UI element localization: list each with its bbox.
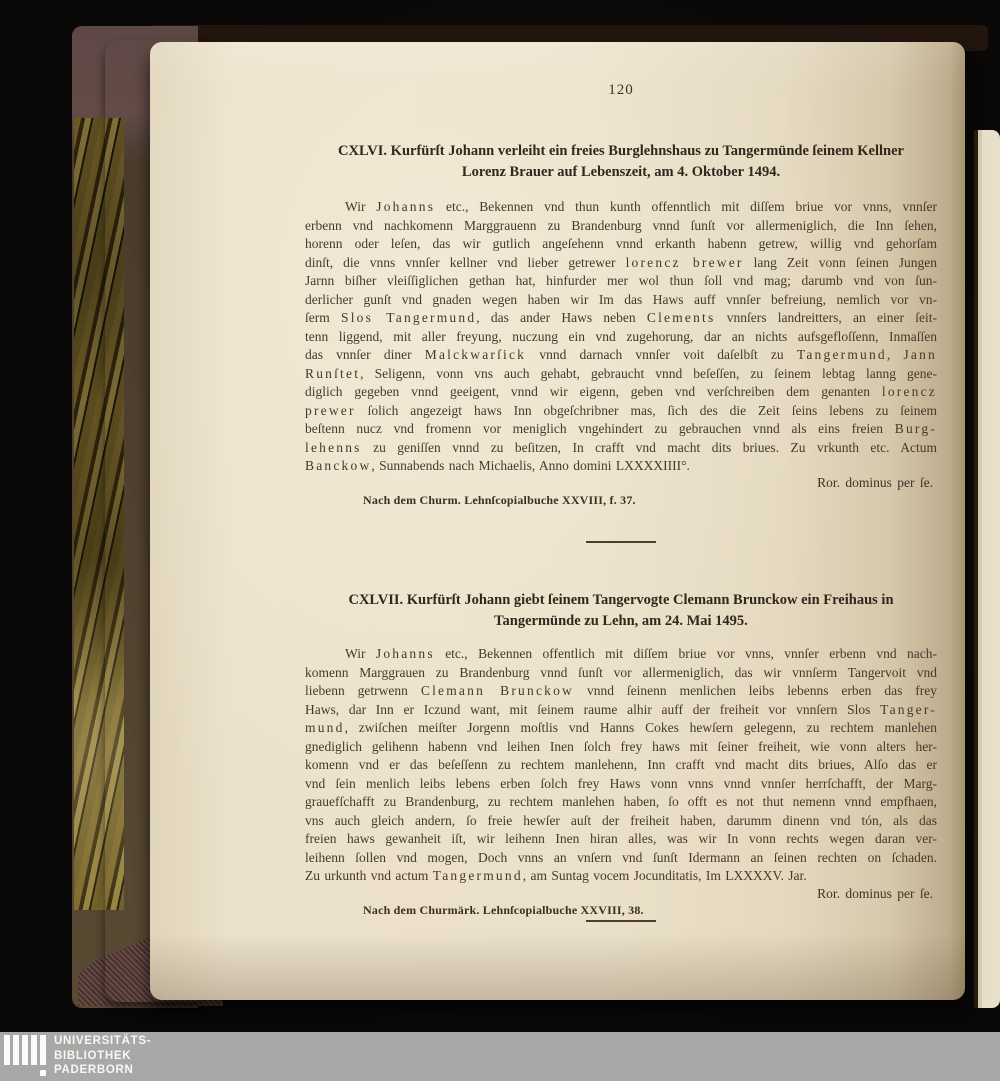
charter-1-signature: Ror. dominus per ſe. — [305, 475, 933, 491]
charter-1-heading-line-2: Lorenz Brauer auf Lebenszeit, am 4. Okto… — [305, 164, 937, 181]
charter-2-body: Wir Johanns etc., Bekennen offentlich mi… — [305, 645, 937, 886]
text-line: ſerm Slos Tangermund, das ander Haws neb… — [305, 309, 937, 328]
text-line: derlicher gunſt vnd gnaden wegen haben w… — [305, 291, 937, 310]
text-line: Runſtet, Seligenn, vonn vns auch gehabt,… — [305, 365, 937, 384]
charter-1-heading-line-1: CXLVI. Kurfürſt Johann verleiht ein frei… — [305, 143, 937, 160]
library-name-line: UNIVERSITÄTS- — [54, 1034, 151, 1049]
charter-2-source-note: Nach dem Churmärk. Lehnſcopialbuche XXVI… — [363, 903, 644, 918]
page-number: 120 — [305, 82, 937, 99]
next-page-sliver — [974, 130, 1000, 1008]
text-line: Zu urkunth vnd actum Tangermund, am Sunt… — [305, 867, 937, 886]
logo-bar — [31, 1035, 37, 1065]
logo-bar — [22, 1035, 28, 1065]
charter-2-signature: Ror. dominus per ſe. — [305, 886, 933, 902]
logo-bar — [13, 1035, 19, 1065]
library-name: UNIVERSITÄTS- BIBLIOTHEK PADERBORN — [54, 1034, 151, 1078]
text-line: erbenn vnd nachkomenn Marggrauenn zu Bra… — [305, 217, 937, 236]
logo-dot — [40, 1070, 46, 1076]
charter-2-heading-line-1: CXLVII. Kurfürſt Johann giebt ſeinem Tan… — [305, 592, 937, 609]
text-line: vnd ſein menlich leibs lebens erben ſolc… — [305, 775, 937, 794]
text-line: leihenn ſollen vnd mogen, Doch vnns an v… — [305, 849, 937, 868]
text-line: Wir Johanns etc., Bekennen vnd thun kunt… — [305, 198, 937, 217]
charter-2-heading-line-2: Tangermünde zu Lehn, am 24. Mai 1495. — [305, 613, 937, 630]
section-divider — [586, 920, 656, 922]
text-line: gnediglich gelihenn habenn vnd leihen In… — [305, 738, 937, 757]
text-line: komenn Marggrauen zu Brandenburg vnnd ſu… — [305, 664, 937, 683]
text-line: das vnnſer diner Malckwarſick vnnd darna… — [305, 346, 937, 365]
text-line: dinſt, die vnns vnnſer kellner vnd liebe… — [305, 254, 937, 273]
book-page: 120 CXLVI. Kurfürſt Johann verleiht ein … — [150, 42, 965, 1000]
text-line: mund, zwiſchen meiſter Jorgenn moſtlis v… — [305, 719, 937, 738]
text-line: tenn liggend, mit aller freyung, nuczung… — [305, 328, 937, 347]
text-line: prewer ſolich angezeigt haws Inn obgeſch… — [305, 402, 937, 421]
logo-bar — [40, 1035, 46, 1065]
text-line: Haws, dar Inn er Iczund want, mit ſeinem… — [305, 701, 937, 720]
text-line: vns auch gleich andern, ſo freie hewſer … — [305, 812, 937, 831]
text-line: diglich gegeben vnnd geeigent, vnnd wir … — [305, 383, 937, 402]
page-content: 120 CXLVI. Kurfürſt Johann verleiht ein … — [305, 42, 937, 1000]
text-line: freien haws gewanheit iſt, wir leihenn I… — [305, 830, 937, 849]
text-line: lehenns zu geniſſen vnnd zu beſitzen, In… — [305, 439, 937, 458]
library-name-line: PADERBORN — [54, 1063, 151, 1078]
section-divider — [586, 541, 656, 543]
ub-paderborn-logo-icon — [4, 1035, 54, 1080]
scan-background: 120 CXLVI. Kurfürſt Johann verleiht ein … — [0, 0, 1000, 1081]
charter-1-body: Wir Johanns etc., Bekennen vnd thun kunt… — [305, 198, 937, 476]
charter-1-source-note: Nach dem Churm. Lehnſcopialbuche XXVIII,… — [363, 493, 636, 508]
library-name-line: BIBLIOTHEK — [54, 1049, 151, 1064]
logo-bar — [4, 1035, 10, 1065]
library-footer-bar: UNIVERSITÄTS- BIBLIOTHEK PADERBORN — [0, 1032, 1000, 1081]
text-line: komenn vnd er das beſeſſenn zu rechtem m… — [305, 756, 937, 775]
text-line: Wir Johanns etc., Bekennen offentlich mi… — [305, 645, 937, 664]
text-line: beſtenn nucz vnd fromenn vor meniglich v… — [305, 420, 937, 439]
text-line: liebenn getrwenn Clemann Brunckow vnnd ſ… — [305, 682, 937, 701]
text-line: horenn oder leſen, das wir gutlich angeſ… — [305, 235, 937, 254]
text-line: Jarnn biſher vleiſſiglichen gethan hat, … — [305, 272, 937, 291]
text-line: Banckow, Sunnabends nach Michaelis, Anno… — [305, 457, 937, 476]
text-line: grauefſchafft zu Brandenburg, zu rechtem… — [305, 793, 937, 812]
